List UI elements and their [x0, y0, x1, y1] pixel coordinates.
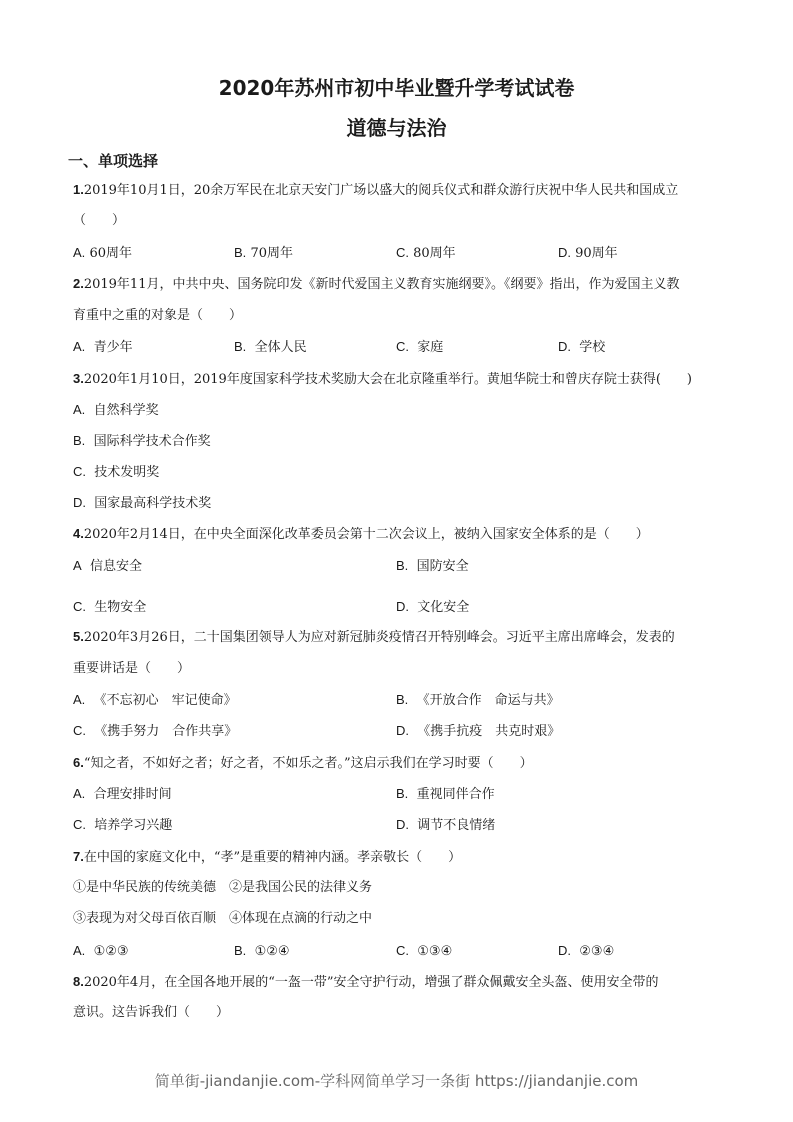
question-2-option-d[interactable]: D. 学校 [558, 338, 605, 357]
question-3-option-b[interactable]: B. 国际科学技术合作奖 [73, 432, 211, 451]
question-5-stem: 5.2020年3月26日，二十国集团领导人为应对新冠肺炎疫情召开特别峰会。习近平… [73, 628, 675, 647]
question-2-option-c[interactable]: C. 家庭 [396, 338, 443, 357]
question-5-option-d[interactable]: D. 《携手抗疫 共克时艰》 [396, 722, 560, 741]
question-5-stem-cont: 重要讲话是（ ） [73, 660, 190, 678]
watermark-footer: 简单街-jiandanjie.com-学科网简单学习一条街 https://ji… [0, 1070, 793, 1091]
question-8-stem-cont: 意识。这告诉我们（ ） [73, 1004, 229, 1022]
question-3-option-d[interactable]: D. 国家最高科学技术奖 [73, 494, 211, 513]
section-heading: 一、单项选择 [68, 150, 158, 171]
question-4-option-a[interactable]: A 信息安全 [73, 557, 142, 576]
question-1-stem: 1.2019年10月1日，20余万军民在北京天安门广场以盛大的阅兵仪式和群众游行… [73, 181, 678, 200]
question-7-stem: 7.在中国的家庭文化中，“孝”是重要的精神内涵。孝亲敬长（ ） [73, 848, 461, 867]
question-4-stem: 4.2020年2月14日，在中央全面深化改革委员会第十二次会议上，被纳入国家安全… [73, 525, 649, 544]
question-5-option-c[interactable]: C. 《携手努力 合作共享》 [73, 722, 237, 741]
exam-page: 2020年苏州市初中毕业暨升学考试试卷 道德与法治 一、单项选择 1.2019年… [0, 0, 793, 1122]
question-2-stem: 2.2019年11月，中共中央、国务院印发《新时代爱国主义教育实施纲要》。《纲要… [73, 275, 679, 294]
question-1-option-b[interactable]: B. 70周年 [234, 244, 293, 263]
question-3-option-c[interactable]: C. 技术发明奖 [73, 463, 159, 482]
question-6-option-c[interactable]: C. 培养学习兴趣 [73, 816, 172, 835]
question-7-option-d[interactable]: D. ②③④ [558, 942, 614, 961]
question-6-option-d[interactable]: D. 调节不良情绪 [396, 816, 495, 835]
question-2-stem-cont: 育重中之重的对象是（ ） [73, 307, 242, 325]
subject-title: 道德与法治 [0, 112, 793, 141]
question-1-option-c[interactable]: C. 80周年 [396, 244, 456, 263]
question-2-option-b[interactable]: B. 全体人民 [234, 338, 307, 357]
exam-title: 2020年苏州市初中毕业暨升学考试试卷 [0, 72, 793, 101]
question-6-stem: 6.“知之者，不如好之者；好之者，不如乐之者。”这启示我们在学习时要（ ） [73, 754, 533, 773]
question-4-option-c[interactable]: C. 生物安全 [73, 598, 146, 617]
question-3-option-a[interactable]: A. 自然科学奖 [73, 401, 159, 420]
question-7-option-c[interactable]: C. ①③④ [396, 942, 452, 961]
question-1-stem-cont: （ ） [73, 212, 125, 230]
question-5-option-a[interactable]: A. 《不忘初心 牢记使命》 [73, 691, 237, 710]
question-2-option-a[interactable]: A. 青少年 [73, 338, 133, 357]
question-1-option-a[interactable]: A. 60周年 [73, 244, 132, 263]
question-1-option-d[interactable]: D. 90周年 [558, 244, 618, 263]
question-7-statements-1: ①是中华民族的传统美德 ②是我国公民的法律义务 [73, 879, 372, 897]
question-6-option-b[interactable]: B. 重视同伴合作 [396, 785, 495, 804]
question-7-option-b[interactable]: B. ①②④ [234, 942, 290, 961]
question-7-option-a[interactable]: A. ①②③ [73, 942, 129, 961]
question-3-stem: 3.2020年1月10日，2019年度国家科学技术奖励大会在北京隆重举行。黄旭华… [73, 370, 692, 389]
question-4-option-d[interactable]: D. 文化安全 [396, 598, 469, 617]
question-5-option-b[interactable]: B. 《开放合作 命运与共》 [396, 691, 560, 710]
question-6-option-a[interactable]: A. 合理安排时间 [73, 785, 172, 804]
question-7-statements-2: ③表现为对父母百依百顺 ④体现在点滴的行动之中 [73, 910, 372, 928]
question-4-option-b[interactable]: B. 国防安全 [396, 557, 469, 576]
question-8-stem: 8.2020年4月，在全国各地开展的“一盔一带”安全守护行动，增强了群众佩戴安全… [73, 973, 659, 992]
